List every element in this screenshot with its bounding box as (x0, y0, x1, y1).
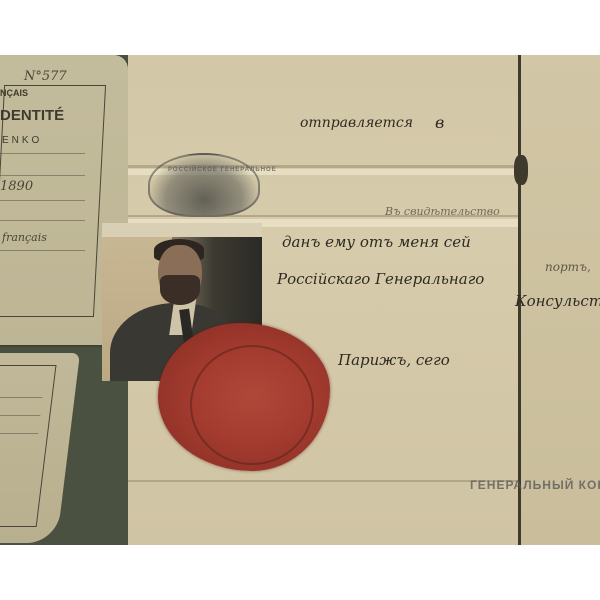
consul-stamp-text: ГЕНЕРАЛЬНЫЙ КОНСУЛ (470, 478, 600, 492)
wax-seal-ring (190, 345, 314, 465)
card-nationality: français (2, 231, 47, 244)
card-header: NÇAIS (0, 88, 28, 98)
card-title: DENTITÉ (0, 107, 64, 124)
text-line-1: отправляется (300, 115, 413, 131)
text-line-2: Въ свидѣтельство (385, 205, 500, 218)
text-line-4: Россійскаго Генеральнаго (277, 270, 484, 288)
card-number: N°577 (24, 69, 67, 84)
document-photo: N°577 NÇAIS DENTITÉ ENKO 1890 français о… (0, 55, 600, 545)
card-name: ENKO (2, 135, 42, 146)
text-line-3: данъ ему отъ меня сей (282, 233, 471, 251)
oval-stamp (148, 153, 260, 217)
text-line-5: Парижъ, сего (338, 351, 450, 369)
oval-stamp-text: РОССІЙСКОЕ ГЕНЕРАЛЬНОЕ (168, 167, 277, 173)
card-birth-year: 1890 (0, 179, 33, 194)
